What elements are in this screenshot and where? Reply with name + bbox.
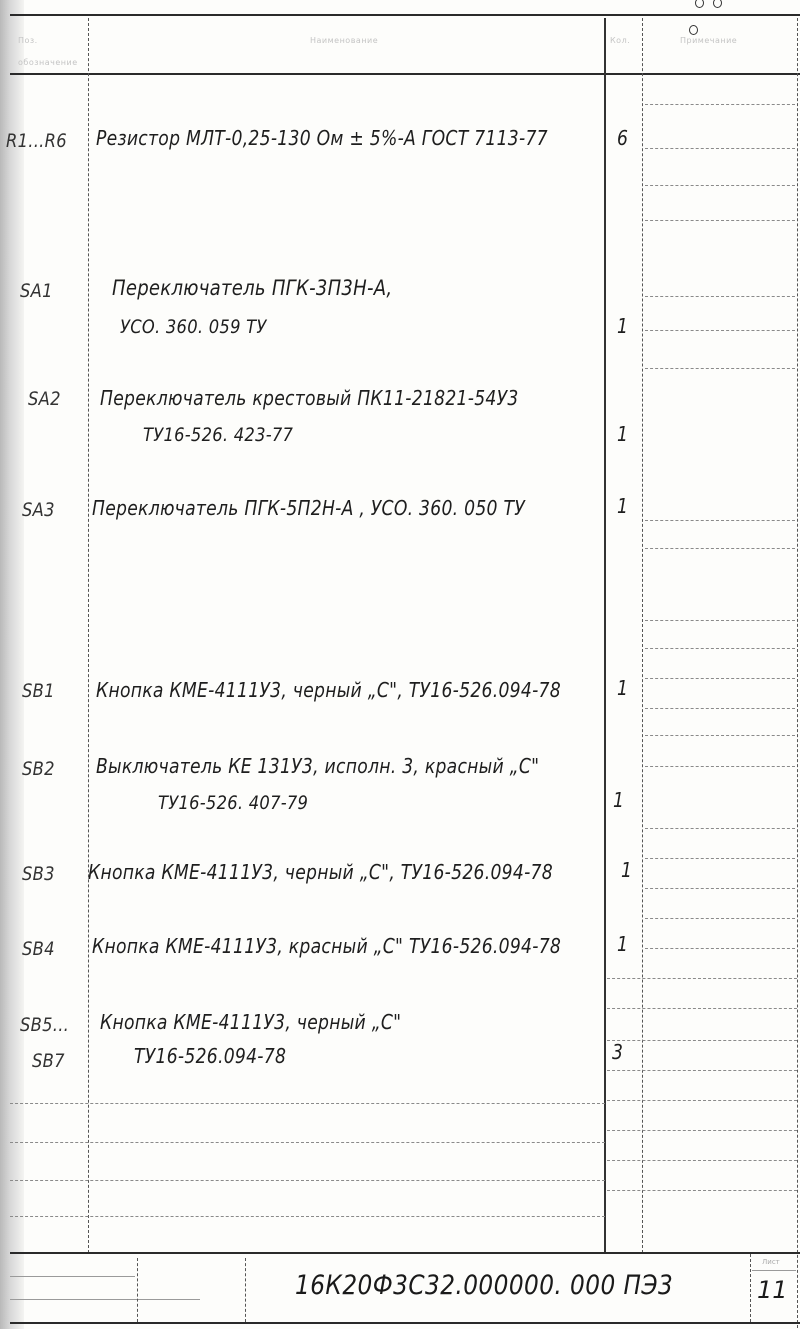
row-name-line: Переключатель крестовый ПК11-21821-54У3 bbox=[100, 386, 519, 410]
row-name-line: Переключатель ПГК-5П2Н-А , УСО. 360. 050… bbox=[92, 496, 525, 520]
row-name-line: Кнопка КМЕ-4111У3, черный „С" bbox=[100, 1010, 401, 1034]
row-rule bbox=[10, 1103, 605, 1104]
note-rule bbox=[645, 708, 795, 709]
note-rule bbox=[607, 1100, 797, 1101]
sheet-label: Лист bbox=[762, 1258, 780, 1266]
row-qty: 1 bbox=[621, 858, 632, 882]
column-divider-qty bbox=[642, 18, 644, 1253]
note-rule bbox=[607, 1008, 797, 1009]
title-block-top-rule bbox=[10, 1252, 800, 1254]
binder-hole bbox=[695, 0, 704, 8]
row-name-line: ТУ16-526. 423-77 bbox=[143, 424, 293, 446]
header-qty: Кол. bbox=[610, 36, 630, 45]
row-position: SB1 bbox=[22, 680, 55, 702]
note-rule bbox=[645, 828, 795, 829]
note-rule bbox=[645, 330, 795, 331]
row-name-line: Кнопка КМЕ-4111У3, черный „С", ТУ16-526.… bbox=[96, 678, 561, 702]
note-rule bbox=[645, 678, 795, 679]
scan-edge-shadow bbox=[0, 0, 24, 1329]
row-name-line: ТУ16-526.094-78 bbox=[134, 1044, 286, 1068]
row-qty: 1 bbox=[617, 676, 628, 700]
note-rule bbox=[607, 1070, 797, 1071]
title-block-rule bbox=[10, 1299, 200, 1300]
row-rule bbox=[10, 1216, 605, 1217]
note-rule bbox=[607, 1190, 797, 1191]
row-name-line: Выключатель КЕ 131У3, исполн. 3, красный… bbox=[96, 754, 539, 778]
title-block-bottom-rule bbox=[10, 1322, 800, 1324]
row-qty: 1 bbox=[617, 422, 628, 446]
row-qty: 1 bbox=[613, 788, 624, 812]
note-rule bbox=[645, 766, 795, 767]
row-name-line: Кнопка КМЕ-4111У3, красный „С" ТУ16-526.… bbox=[92, 934, 561, 958]
note-rule bbox=[607, 1040, 797, 1041]
row-position: SB2 bbox=[22, 758, 55, 780]
row-position: SB3 bbox=[22, 863, 55, 885]
row-name-line: ТУ16-526. 407-79 bbox=[158, 792, 308, 814]
row-name-line: УСО. 360. 059 ТУ bbox=[120, 316, 267, 338]
note-rule bbox=[645, 296, 795, 297]
row-rule bbox=[10, 1180, 605, 1181]
note-rule bbox=[645, 520, 795, 521]
title-block-rule bbox=[10, 1276, 135, 1277]
column-divider-position bbox=[88, 18, 90, 1253]
binder-hole bbox=[689, 25, 698, 35]
note-rule bbox=[607, 978, 797, 979]
row-name-line: Резистор МЛТ-0,25-130 Ом ± 5%-А ГОСТ 711… bbox=[96, 126, 548, 150]
row-qty: 1 bbox=[617, 494, 628, 518]
header-position: Поз. обозначение bbox=[18, 30, 78, 74]
row-qty: 1 bbox=[617, 932, 628, 956]
row-name-line: Кнопка КМЕ-4111У3, черный „С", ТУ16-526.… bbox=[88, 860, 553, 884]
row-position: SB4 bbox=[22, 938, 55, 960]
header-top-rule bbox=[10, 14, 800, 16]
row-position: SA1 bbox=[20, 280, 53, 302]
header-bottom-rule bbox=[10, 73, 800, 75]
row-position-end: SB7 bbox=[32, 1050, 65, 1072]
note-rule bbox=[645, 648, 795, 649]
note-rule bbox=[645, 918, 795, 919]
sheet-number: 11 bbox=[757, 1276, 788, 1304]
frame-right bbox=[797, 18, 799, 1328]
note-rule bbox=[607, 1160, 797, 1161]
note-rule bbox=[645, 948, 795, 949]
title-block-rule bbox=[752, 1270, 796, 1271]
title-block-divider bbox=[137, 1258, 139, 1322]
note-rule bbox=[645, 735, 795, 736]
note-rule bbox=[645, 858, 795, 859]
row-position: R1...R6 bbox=[6, 130, 67, 152]
header-name: Наименование bbox=[310, 36, 378, 45]
row-qty: 6 bbox=[617, 126, 628, 150]
header-note: Примечание bbox=[680, 36, 737, 45]
row-name-line: Переключатель ПГК-3П3Н-А, bbox=[112, 276, 392, 300]
document-code: 16К20Ф3С32.000000. 000 ПЭ3 bbox=[295, 1270, 673, 1301]
note-rule bbox=[645, 148, 795, 149]
note-rule bbox=[645, 620, 795, 621]
note-rule bbox=[645, 185, 795, 186]
row-rule bbox=[10, 1142, 605, 1143]
title-block-divider bbox=[750, 1254, 752, 1322]
binder-hole bbox=[713, 0, 722, 8]
note-rule bbox=[645, 104, 795, 105]
row-qty: 1 bbox=[617, 314, 628, 338]
row-qty: 3 bbox=[612, 1040, 623, 1064]
title-block-divider bbox=[245, 1258, 247, 1322]
column-divider-name bbox=[604, 18, 607, 1253]
row-position: SB5... bbox=[20, 1014, 69, 1036]
note-rule bbox=[645, 368, 795, 369]
note-rule bbox=[645, 220, 795, 221]
row-position: SA3 bbox=[22, 499, 55, 521]
note-rule bbox=[607, 1130, 797, 1131]
note-rule bbox=[645, 548, 795, 549]
note-rule bbox=[645, 888, 795, 889]
row-position: SA2 bbox=[28, 388, 61, 410]
